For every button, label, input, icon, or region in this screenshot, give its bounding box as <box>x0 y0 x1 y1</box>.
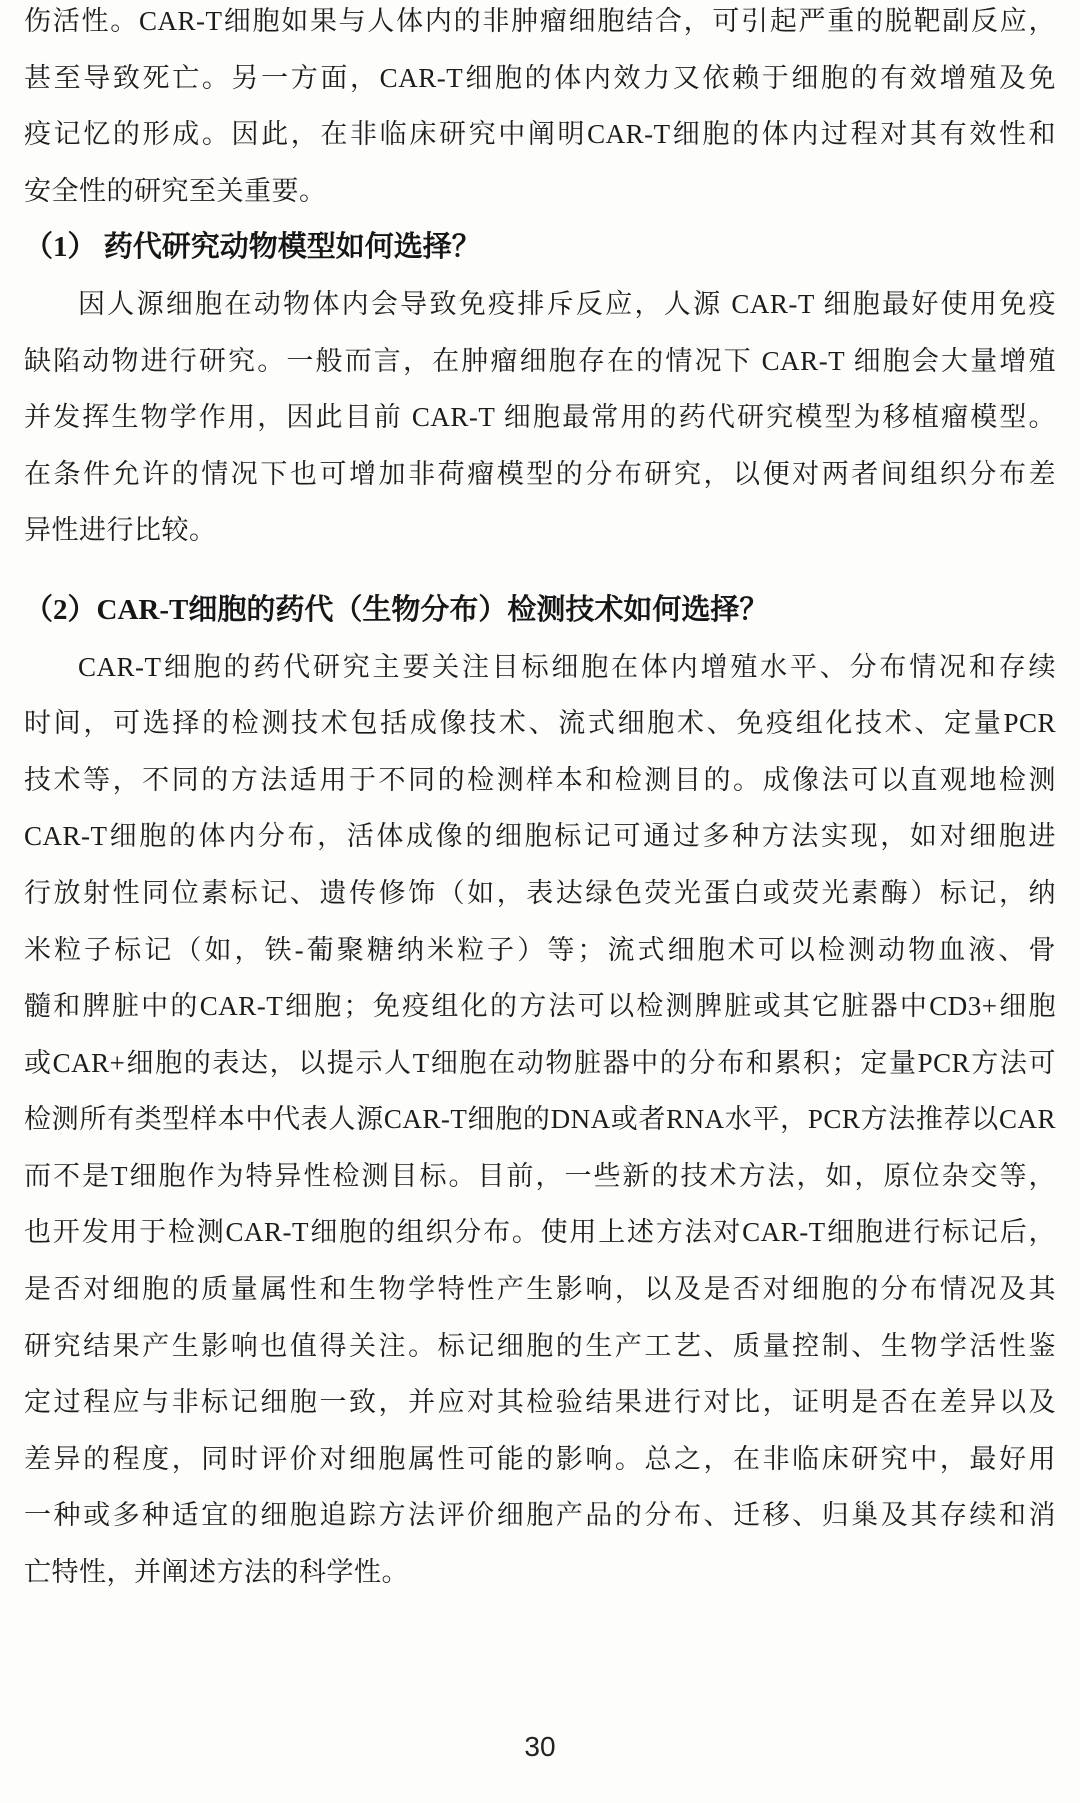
text-line: 行放射性同位素标记、遗传修饰（如，表达绿色荧光蛋白或荧光素酶）标记，纳 <box>24 865 1056 922</box>
text-line: 缺陷动物进行研究。一般而言，在肿瘤细胞存在的情况下 CAR-T 细胞会大量增殖 <box>24 333 1056 390</box>
page-footer: 30 <box>0 1731 1080 1763</box>
section-1-paragraph: 因人源细胞在动物体内会导致免疫排斥反应，人源 CAR-T 细胞最好使用免疫缺陷动… <box>24 276 1056 559</box>
text-line: 米粒子标记（如，铁-葡聚糖纳米粒子）等；流式细胞术可以检测动物血液、骨 <box>24 922 1056 979</box>
text-line: 因人源细胞在动物体内会导致免疫排斥反应，人源 CAR-T 细胞最好使用免疫 <box>24 276 1056 333</box>
text-line: 也开发用于检测CAR-T细胞的组织分布。使用上述方法对CAR-T细胞进行标记后， <box>24 1204 1056 1261</box>
intro-paragraph: 伤活性。CAR-T细胞如果与人体内的非肿瘤细胞结合，可引起严重的脱靶副反应，甚至… <box>24 0 1056 219</box>
section-1-heading: （1） 药代研究动物模型如何选择？ <box>24 219 1056 276</box>
text-line: 而不是T细胞作为特异性检测目标。目前，一些新的技术方法，如，原位杂交等， <box>24 1148 1056 1205</box>
section-2-heading: （2）CAR-T细胞的药代（生物分布）检测技术如何选择？ <box>24 582 1056 639</box>
text-line: 并发挥生物学作用，因此目前 CAR-T 细胞最常用的药代研究模型为移植瘤模型。 <box>24 389 1056 446</box>
section-2-paragraph: CAR-T细胞的药代研究主要关注目标细胞在体内增殖水平、分布情况和存续时间，可选… <box>24 639 1056 1601</box>
text-line: CAR-T细胞的体内分布，活体成像的细胞标记可通过多种方法实现，如对细胞进 <box>24 808 1056 865</box>
text-line: 研究结果产生影响也值得关注。标记细胞的生产工艺、质量控制、生物学活性鉴 <box>24 1318 1056 1375</box>
text-line: 安全性的研究至关重要。 <box>24 163 1056 220</box>
text-line: 亡特性，并阐述方法的科学性。 <box>24 1544 1056 1601</box>
document-page: 伤活性。CAR-T细胞如果与人体内的非肿瘤细胞结合，可引起严重的脱靶副反应，甚至… <box>0 0 1080 1803</box>
text-line: 定过程应与非标记细胞一致，并应对其检验结果进行对比，证明是否在差异以及 <box>24 1374 1056 1431</box>
text-line: 在条件允许的情况下也可增加非荷瘤模型的分布研究，以便对两者间组织分布差 <box>24 446 1056 503</box>
text-line: 差异的程度，同时评价对细胞属性可能的影响。总之，在非临床研究中，最好用 <box>24 1431 1056 1488</box>
text-line: 异性进行比较。 <box>24 502 1056 559</box>
text-line: 或CAR+细胞的表达，以提示人T细胞在动物脏器中的分布和累积；定量PCR方法可 <box>24 1035 1056 1092</box>
text-line: 时间，可选择的检测技术包括成像技术、流式细胞术、免疫组化技术、定量PCR <box>24 695 1056 752</box>
text-line: 疫记忆的形成。因此，在非临床研究中阐明CAR-T细胞的体内过程对其有效性和 <box>24 106 1056 163</box>
text-line: 伤活性。CAR-T细胞如果与人体内的非肿瘤细胞结合，可引起严重的脱靶副反应， <box>24 0 1056 50</box>
text-line: 是否对细胞的质量属性和生物学特性产生影响，以及是否对细胞的分布情况及其 <box>24 1261 1056 1318</box>
text-line: 一种或多种适宜的细胞追踪方法评价细胞产品的分布、迁移、归巢及其存续和消 <box>24 1487 1056 1544</box>
page-number: 30 <box>524 1731 555 1762</box>
text-line: 检测所有类型样本中代表人源CAR-T细胞的DNA或者RNA水平，PCR方法推荐以… <box>24 1091 1056 1148</box>
page-content: 伤活性。CAR-T细胞如果与人体内的非肿瘤细胞结合，可引起严重的脱靶副反应，甚至… <box>24 0 1056 1601</box>
text-line: 技术等，不同的方法适用于不同的检测样本和检测目的。成像法可以直观地检测 <box>24 752 1056 809</box>
text-line: CAR-T细胞的药代研究主要关注目标细胞在体内增殖水平、分布情况和存续 <box>24 639 1056 696</box>
text-line: 甚至导致死亡。另一方面，CAR-T细胞的体内效力又依赖于细胞的有效增殖及免 <box>24 50 1056 107</box>
text-line: 髓和脾脏中的CAR-T细胞；免疫组化的方法可以检测脾脏或其它脏器中CD3+细胞 <box>24 978 1056 1035</box>
